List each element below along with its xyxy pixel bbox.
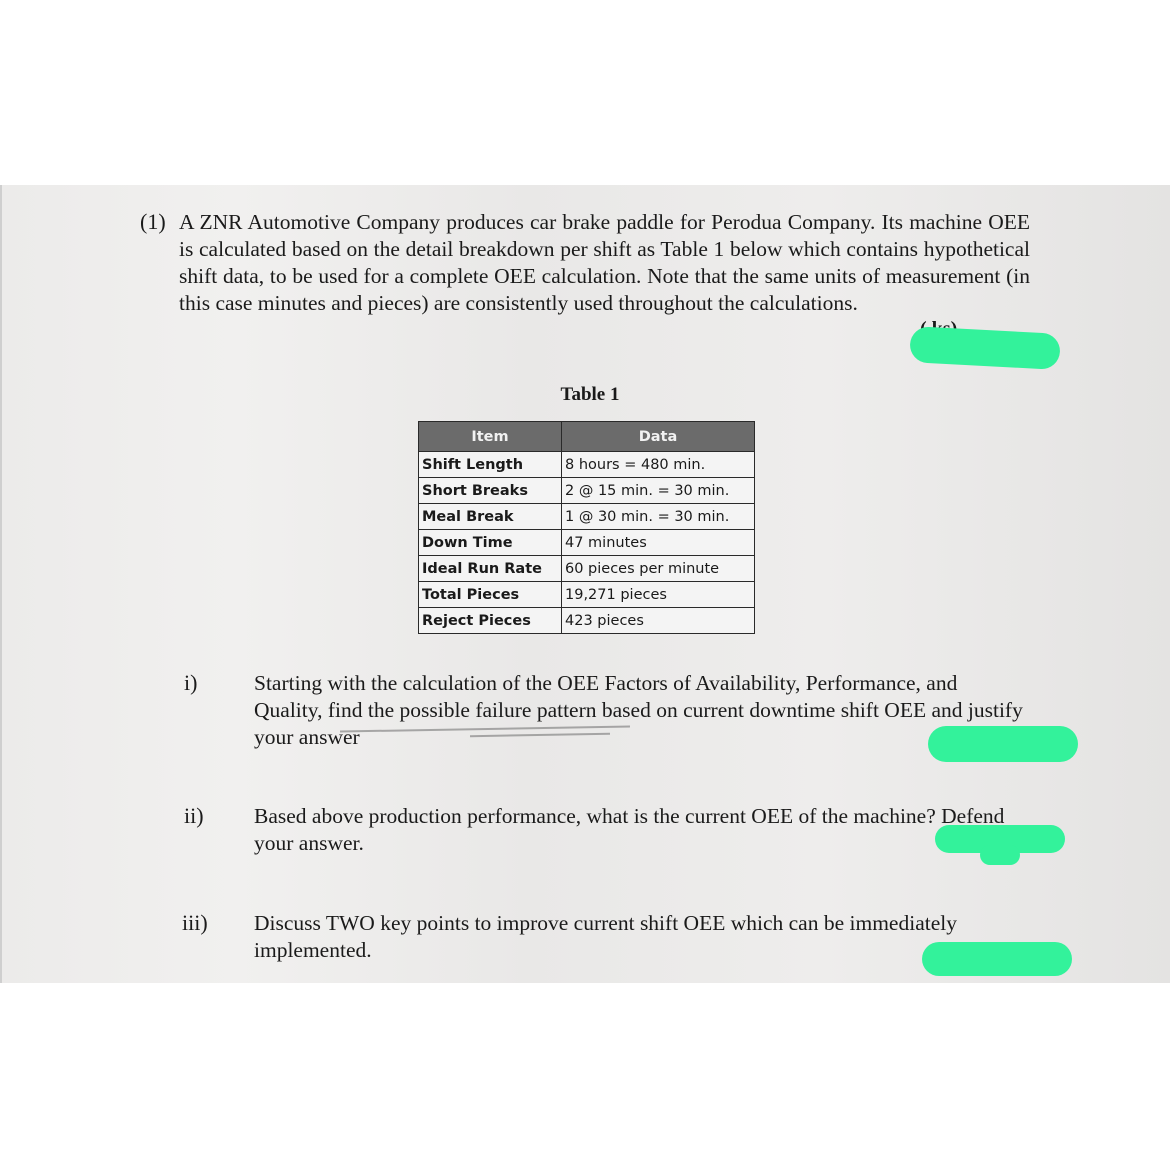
subquestion-number: i) <box>184 670 197 696</box>
row-data-value: 423 pieces <box>562 608 755 634</box>
row-data-value: 19,271 pieces <box>562 582 755 608</box>
question-text: A ZNR Automotive Company produces car br… <box>179 209 1030 317</box>
shift-data-table: Item Data Shift Length8 hours = 480 min.… <box>418 421 755 634</box>
table-row: Ideal Run Rate60 pieces per minute <box>419 556 755 582</box>
subquestion-text: Starting with the calculation of the OEE… <box>254 670 1029 751</box>
table-row: Short Breaks2 @ 15 min. = 30 min. <box>419 478 755 504</box>
row-data-value: 2 @ 15 min. = 30 min. <box>562 478 755 504</box>
row-data-value: 47 minutes <box>562 530 755 556</box>
row-item-label: Total Pieces <box>419 582 562 608</box>
subquestion-number: iii) <box>182 910 208 936</box>
subquestion-number: ii) <box>184 803 204 829</box>
subquestion-text: Discuss TWO key points to improve curren… <box>254 910 1029 964</box>
row-data-value: 60 pieces per minute <box>562 556 755 582</box>
row-item-label: Reject Pieces <box>419 608 562 634</box>
table-caption: Table 1 <box>540 384 640 406</box>
redaction-mark <box>928 726 1078 762</box>
row-item-label: Down Time <box>419 530 562 556</box>
table-row: Total Pieces19,271 pieces <box>419 582 755 608</box>
column-header-item: Item <box>419 422 562 452</box>
row-item-label: Ideal Run Rate <box>419 556 562 582</box>
table-row: Meal Break1 @ 30 min. = 30 min. <box>419 504 755 530</box>
column-header-data: Data <box>562 422 755 452</box>
redaction-mark <box>922 942 1072 976</box>
row-item-label: Meal Break <box>419 504 562 530</box>
question-number: (1) <box>140 209 166 235</box>
table-row: Reject Pieces423 pieces <box>419 608 755 634</box>
row-data-value: 1 @ 30 min. = 30 min. <box>562 504 755 530</box>
row-item-label: Shift Length <box>419 452 562 478</box>
table-row: Shift Length8 hours = 480 min. <box>419 452 755 478</box>
subquestion-text: Based above production performance, what… <box>254 803 1029 857</box>
table-row: Down Time47 minutes <box>419 530 755 556</box>
row-item-label: Short Breaks <box>419 478 562 504</box>
redaction-mark <box>980 845 1020 865</box>
row-data-value: 8 hours = 480 min. <box>562 452 755 478</box>
